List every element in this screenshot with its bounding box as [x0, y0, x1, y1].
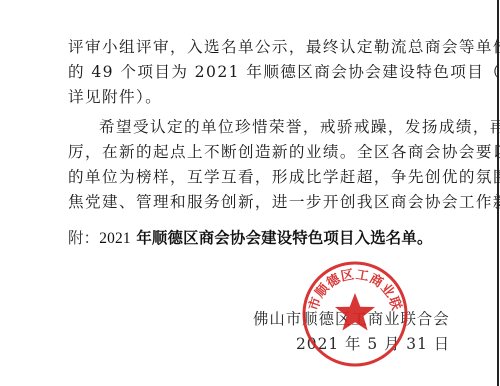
- body-line-2: 的 49 个项目为 2021 年顺德区商会协会建设特色项目（具体名单: [68, 63, 436, 81]
- attachment-year: 2021: [99, 230, 131, 247]
- paragraph2-line-1: 希望受认定的单位珍惜荣誉，戒骄戒躁，发扬成绩，再接再: [99, 118, 436, 136]
- attachment-line: 附：2021 年顺德区商会协会建设特色项目入选名单。: [68, 229, 433, 248]
- page-edge-rule: [497, 0, 499, 386]
- paragraph2-line-4: 焦党建、管理和服务创新，进一步开创我区商会协会工作新局面。: [68, 193, 436, 211]
- body-line-1: 评审小组评审，入选名单公示，最终认定勒流总商会等单位申报: [68, 38, 436, 56]
- attachment-title: 年顺德区商会协会建设特色项目入选名单。: [131, 229, 433, 247]
- attachment-prefix: 附：: [68, 229, 99, 247]
- document-page: 评审小组评审，入选名单公示，最终认定勒流总商会等单位申报 的 49 个项目为 2…: [0, 0, 500, 386]
- paragraph2-line-2: 厉，在新的起点上不断创造新的业绩。全区各商会协会要以认定: [68, 143, 436, 161]
- official-seal-icon: 佛山市顺德区工商业联合会: [300, 259, 410, 369]
- body-line-3: 详见附件）。: [68, 88, 436, 106]
- paragraph2-line-3: 的单位为榜样，互学互看，形成比学赶超，争先创优的氛围，聚: [68, 168, 436, 186]
- seal-star-icon: [335, 293, 375, 331]
